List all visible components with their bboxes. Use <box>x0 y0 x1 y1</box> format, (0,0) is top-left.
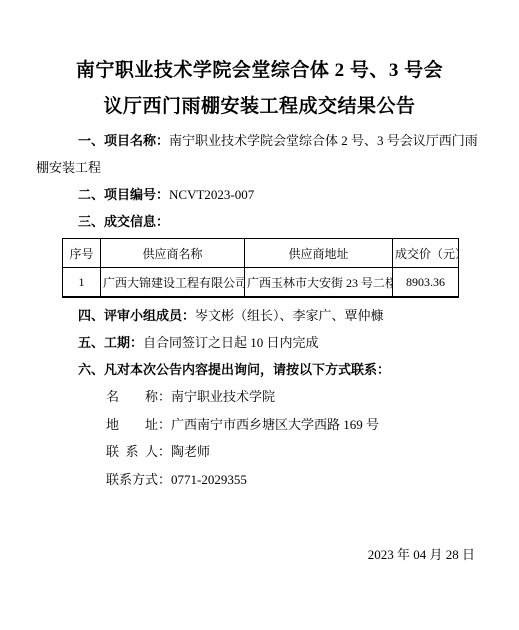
table-header-row: 序号 供应商名称 供应商地址 成交价（元） <box>63 239 459 268</box>
section-project-number: 二、项目编号：NCVT2023-007 <box>36 181 483 208</box>
contact-person-label: 联 系 人： <box>106 444 171 459</box>
publish-date: 2023 年 04 月 28 日 <box>36 541 475 568</box>
section-duration: 五、工期：自合同签订之日起 10 日内完成 <box>36 329 483 356</box>
duration-label: 五、工期： <box>78 335 143 350</box>
deal-info-table: 序号 供应商名称 供应商地址 成交价（元） 1 广西大锦建设工程有限公司 广西玉… <box>62 238 459 298</box>
contact-phone-label: 联系方式： <box>106 472 171 487</box>
contact-name-line: 名 称：南宁职业技术学院 <box>106 383 483 411</box>
deal-info-label: 三、成交信息： <box>78 214 169 229</box>
cell-seq-no: 1 <box>63 268 101 298</box>
contact-address-label: 地 址： <box>106 417 171 432</box>
project-number-label: 二、项目编号： <box>78 187 169 202</box>
document-title: 南宁职业技术学院会堂综合体 2 号、3 号会 议厅西门雨棚安装工程成交结果公告 <box>36 53 483 125</box>
contact-name-value: 南宁职业技术学院 <box>171 389 275 404</box>
duration-value: 自合同签订之日起 10 日内完成 <box>143 335 319 350</box>
header-supplier-address: 供应商地址 <box>245 239 393 268</box>
contact-person-value: 陶老师 <box>171 444 210 459</box>
title-line-1: 南宁职业技术学院会堂综合体 2 号、3 号会 <box>36 53 483 89</box>
contact-name-label: 名 称： <box>106 389 171 404</box>
header-deal-price: 成交价（元） <box>393 239 459 268</box>
cell-deal-price: 8903.36 <box>393 268 459 298</box>
cell-supplier-name: 广西大锦建设工程有限公司 <box>101 268 245 298</box>
review-panel-value: 岑文彬（组长）、李家广、覃仲槺 <box>195 308 384 323</box>
contact-address-value: 广西南宁市西乡塘区大学西路 169 号 <box>171 417 379 432</box>
title-line-2: 议厅西门雨棚安装工程成交结果公告 <box>36 89 483 125</box>
contact-block: 名 称：南宁职业技术学院 地 址：广西南宁市西乡塘区大学西路 169 号 联 系… <box>36 383 483 493</box>
project-number-value: NCVT2023-007 <box>169 187 254 202</box>
contact-phone-line: 联系方式：0771-2029355 <box>106 466 483 494</box>
review-panel-label: 四、评审小组成员： <box>78 308 195 323</box>
section-project-name: 一、项目名称：南宁职业技术学院会堂综合体 2 号、3 号会议厅西门雨棚安装工程 <box>36 127 483 181</box>
contact-person-line: 联 系 人：陶老师 <box>106 438 483 466</box>
header-supplier-name: 供应商名称 <box>101 239 245 268</box>
document-page: 南宁职业技术学院会堂综合体 2 号、3 号会 议厅西门雨棚安装工程成交结果公告 … <box>0 0 519 630</box>
section-inquiry: 六、凡对本次公告内容提出询问，请按以下方式联系： <box>36 356 483 383</box>
cell-supplier-address: 广西玉林市大安街 23 号二楼 <box>245 268 393 298</box>
header-seq-no: 序号 <box>63 239 101 268</box>
contact-address-line: 地 址：广西南宁市西乡塘区大学西路 169 号 <box>106 411 483 439</box>
section-review-panel: 四、评审小组成员：岑文彬（组长）、李家广、覃仲槺 <box>36 302 483 329</box>
contact-phone-value: 0771-2029355 <box>171 472 247 487</box>
table-row: 1 广西大锦建设工程有限公司 广西玉林市大安街 23 号二楼 8903.36 <box>63 268 459 298</box>
inquiry-label: 六、凡对本次公告内容提出询问，请按以下方式联系： <box>78 362 390 377</box>
project-name-label: 一、项目名称： <box>78 133 169 148</box>
section-deal-info: 三、成交信息： <box>36 208 483 235</box>
